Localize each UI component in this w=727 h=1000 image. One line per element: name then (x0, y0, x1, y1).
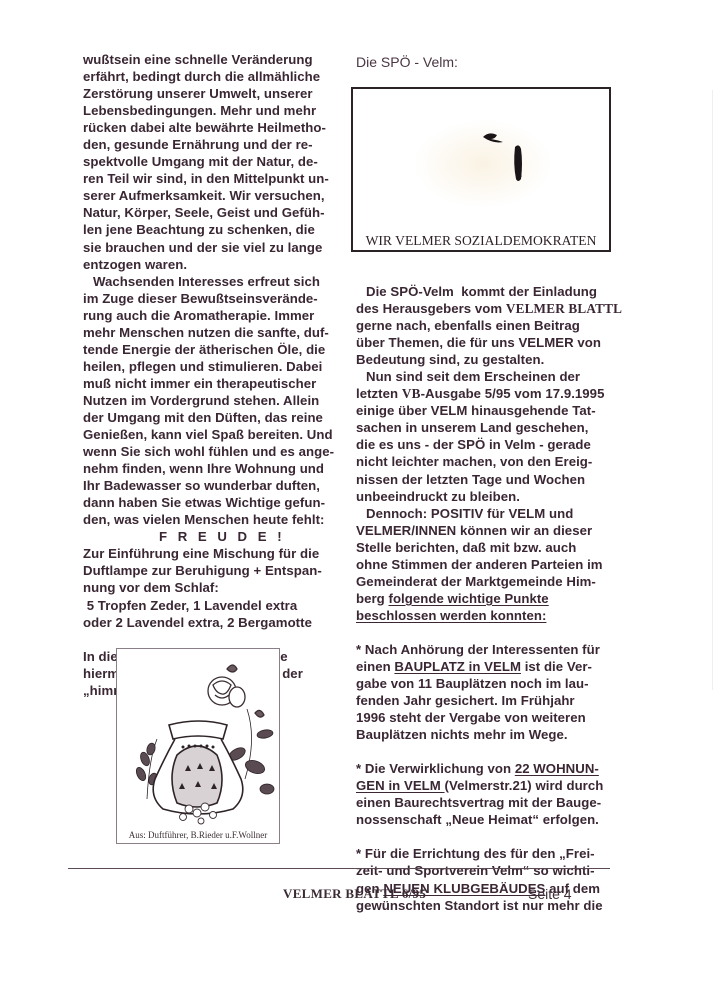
spo-heading: Die SPÖ - Velm: (356, 54, 458, 70)
invitation-paragraph: Die SPÖ-Velm kommt der Einladung des Her… (356, 283, 626, 368)
spo-logo-box: WIR VELMER SOZIALDEMOKRATEN (351, 87, 611, 252)
spo-logo-caption: WIR VELMER SOZIALDEMOKRATEN (353, 233, 609, 249)
aroma-lamp-illustration: Aus: Duftführer, B.Rieder u.F.Wollner (116, 648, 280, 844)
footer-publication: VELMER BLATTL 6/95 (283, 886, 426, 902)
list-item-bauplatz: * Nach Anhörung der Interessenten für ei… (356, 641, 626, 743)
freude-emphasis: F R E U D E ! (83, 528, 353, 545)
vb-abbrev: VB (402, 386, 421, 401)
list-item-wohnungen: * Die Verwirklichung von 22 WOHNUN- GEN … (356, 760, 626, 828)
scan-edge (712, 90, 713, 690)
aroma-lamp-drawing-icon (117, 649, 279, 827)
recipe-paragraph: Zur Einführung eine Mischung für die Duf… (83, 545, 353, 630)
aromatherapy-paragraph: Wachsenden Interesses erfreut sich im Zu… (83, 273, 353, 529)
events-paragraph: Nun sind seit dem Erscheinen der letzten… (356, 368, 626, 504)
velmer-blattl-masthead: VELMER BLATTL (506, 301, 622, 316)
intro-paragraph: wußtsein eine schnelle Veränderung erfäh… (83, 51, 353, 273)
spo-figure-icon (479, 127, 539, 197)
footer-divider (68, 868, 610, 869)
page-number: Seite 4 (528, 886, 572, 902)
left-column: wußtsein eine schnelle Veränderung erfäh… (83, 51, 353, 699)
right-column: Die SPÖ-Velm kommt der Einladung des Her… (356, 283, 626, 914)
positive-paragraph: Dennoch: POSITIV für VELM und VELMER/INN… (356, 505, 626, 624)
illustration-caption: Aus: Duftführer, B.Rieder u.F.Wollner (117, 830, 279, 840)
list-item-klubgebaeude: * Für die Errichtung des für den „Frei- … (356, 845, 626, 913)
